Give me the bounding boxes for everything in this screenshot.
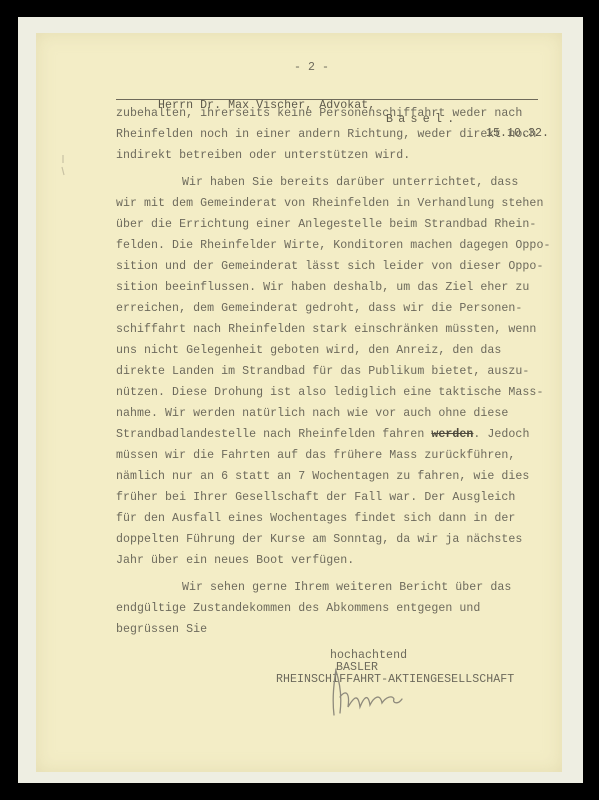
text-line: Wir sehen gerne Ihrem weiteren Bericht ü…: [182, 581, 511, 595]
text-line: früher bei Ihrer Gesellschaft der Fall w…: [116, 491, 515, 505]
text-line: nahme. Wir werden natürlich nach wie vor…: [116, 407, 508, 421]
text-line: endgültige Zustandekommen des Abkommens …: [116, 602, 480, 616]
text-line: uns nicht Gelegenheit geboten wird, den …: [116, 344, 501, 358]
text-line: felden. Die Rheinfelder Wirte, Konditore…: [116, 239, 550, 253]
header-underline: [116, 99, 538, 100]
text-line: zubehalten, ihrerseits keine Personensch…: [116, 107, 522, 121]
page-number: - 2 -: [294, 61, 329, 75]
text-line: Jahr über ein neues Boot verfügen.: [116, 554, 354, 568]
letter-page: - 2 - Herrn Dr. Max Vischer, Advokat, Ba…: [36, 33, 562, 772]
text-line: nützen. Diese Drohung ist also lediglich…: [116, 386, 543, 400]
text-line: erreichen, dem Gemeinderat gedroht, dass…: [116, 302, 522, 316]
text-line: sition beeinflussen. Wir haben deshalb, …: [116, 281, 529, 295]
text-line: begrüssen Sie: [116, 623, 207, 637]
text-line: Wir haben Sie bereits darüber unterricht…: [182, 176, 518, 190]
text-line: nämlich nur an 6 statt an 7 Wochentagen …: [116, 470, 529, 484]
text-line: für den Ausfall eines Wochentages findet…: [116, 512, 515, 526]
text-line: müssen wir die Fahrten auf das frühere M…: [116, 449, 515, 463]
handwritten-signature: [296, 663, 436, 723]
text-line: indirekt betreiben oder unterstützen wir…: [116, 149, 410, 163]
text-line-with-strikethrough: Strandbadlandestelle nach Rheinfelden fa…: [116, 428, 529, 442]
text-line: über die Errichtung einer Anlegestelle b…: [116, 218, 536, 232]
text-line: direkte Landen im Strandbad für das Publ…: [116, 365, 529, 379]
text-segment: . Jedoch: [473, 428, 529, 441]
letter-text: - 2 - Herrn Dr. Max Vischer, Advokat, Ba…: [36, 33, 562, 772]
struck-word: werden: [431, 428, 473, 441]
text-segment: Strandbadlandestelle nach Rheinfelden fa…: [116, 428, 424, 441]
text-line: sition und der Gemeinderat lässt sich le…: [116, 260, 543, 274]
text-line: wir mit dem Gemeinderat von Rheinfelden …: [116, 197, 543, 211]
text-line: Rheinfelden noch in einer andern Richtun…: [116, 128, 536, 142]
text-line: doppelten Führung der Kurse am Sonntag, …: [116, 533, 522, 547]
text-line: schiffahrt nach Rheinfelden stark einsch…: [116, 323, 536, 337]
